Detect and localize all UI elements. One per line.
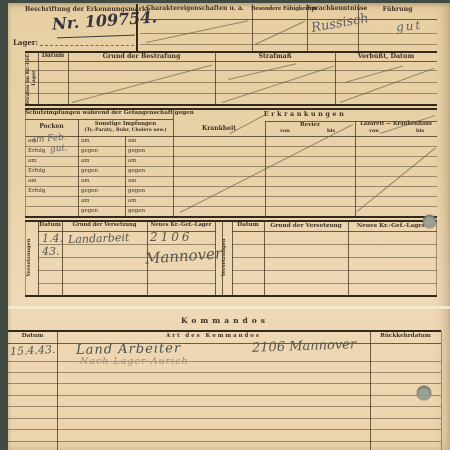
impf-row-label: am [81,198,90,204]
divider [264,220,265,295]
rule [38,244,215,245]
versetz-datum-header-left: Datum [38,222,62,229]
rule [25,93,437,94]
kommando-lager-handwriting: 2106 Mannover [252,338,356,355]
divider [232,220,233,295]
rule [8,429,441,430]
rule [38,283,215,284]
hole-punch [417,386,431,400]
impf-row-label: gegen [81,148,98,154]
lazarett-bis-label: bis [416,129,424,135]
section-border [25,104,437,106]
rule [8,395,441,396]
impf-row-label: gegen [81,188,98,194]
rule [25,61,437,62]
versetz-lager-header-right: Neues Kr.-Gef.-Lager [348,223,434,230]
rule [25,146,437,147]
lager-label: Lager: [13,39,38,47]
divider [355,121,356,216]
impf-row-label: am [81,158,90,164]
kommando-art-handwriting: Land Arbeiter [76,342,181,357]
impf-row-label: gegen [128,208,145,214]
impf-row-label: Erfolg [28,188,45,194]
divider [215,51,216,104]
rule [232,283,437,284]
rule [140,19,437,20]
rule [25,119,173,120]
versetz-grund-header-right: Grund der Versetzung [264,223,348,230]
impf-row-label: gegen [81,208,98,214]
rule [232,244,437,245]
versetzungen-side-label-left: Versetzungen [26,225,37,290]
impf-row-label: gegen [128,168,145,174]
divider [125,136,126,216]
versetz-lager-handwriting: 2106 [150,231,193,243]
strafen-datum-header: Datum [38,53,68,60]
divider [25,220,26,295]
divider [136,4,138,51]
sprachkenntnisse-header: Sprachkenntnisse [307,6,358,13]
kommandos-title: Kommandos [8,317,442,326]
impf-row-label: am [128,178,137,184]
kommandos-datum-header: Datum [8,333,57,340]
rule [38,270,215,271]
strafmass-header: Strafmaß [215,53,335,60]
verbuesst-header: Verbüßt, Datum [335,53,437,60]
rule [25,176,437,177]
divider [348,220,349,295]
divider [441,330,442,450]
impf-row-label: am [128,158,137,164]
revier-von-label: von [280,129,290,135]
impfungen-title: Schutzimpfungen während der Gefangenscha… [25,110,173,116]
divider [370,330,371,450]
section-border [8,330,441,332]
charakter-header: Charaktereigenschaften u. a. [140,6,250,13]
rule [232,257,437,258]
erkrankungen-title: Erkrankungen [173,111,437,118]
divider [38,51,39,104]
rueckkehr-header: Rückkehrdatum [370,333,441,339]
pocken-header: Pocken [25,124,78,131]
impf-erfolg-handwriting: gut. [50,144,69,154]
versetz-datum-header-right: Datum [232,222,264,229]
kommando-datum-handwriting: 15.4.43. [10,344,56,357]
divider [436,220,437,295]
versetz-grund-header-left: Grund der Versetzung [62,223,147,229]
strafen-grund-header: Grund der Bestrafung [68,53,215,60]
lazarett-von-label: von [369,129,379,135]
impf-row-label: am [28,178,37,184]
rule [25,82,437,83]
divider [57,330,58,450]
impf-row-label: am [28,158,37,164]
rule [8,343,441,344]
rule [25,166,437,167]
impf-row-label: gegen [128,148,145,154]
sonstige-header-line2: (Ty.-Paraty., Ruhr, Cholera usw.) [78,128,173,133]
impf-row-label: Erfolg [28,168,45,174]
rule [25,70,437,71]
impf-row-label: am [81,178,90,184]
sonstige-header-line1: Sonstige Impfungen [78,121,173,127]
divider [25,51,26,104]
document-scan: Beschriftung der Erkennungsmarke Nr. 109… [0,0,450,450]
strafen-side-label: Strafen im Kr.-Gef.-Lager [25,47,37,109]
divider [335,51,336,104]
fuehrung-header: Führung [358,6,437,13]
revier-header: Revier [265,122,355,128]
rule [25,156,437,157]
krankheit-header: Krankheit [173,126,265,133]
rule [8,441,441,442]
impf-row-label: am [128,198,137,204]
impf-row-label: gegen [128,188,145,194]
rule [8,372,441,373]
hole-punch [423,215,436,228]
divider [38,220,39,295]
divider [68,51,69,104]
fold-crease [8,306,450,309]
versetz-datum-handwriting: 1.4. [42,233,63,244]
rule [140,44,437,45]
rule [232,231,437,232]
rule [8,418,441,419]
impf-row-label: Erfolg [28,148,45,154]
rule [8,406,441,407]
fuehrung-handwriting: gut [395,19,422,34]
versetz-grund-handwriting: Landarbeit [68,232,130,245]
kommando-note-handwriting: Nach Lager Aurich [80,357,189,367]
impf-row-label: gegen [81,168,98,174]
rule [8,383,441,384]
rule [25,136,437,137]
rule [232,270,437,271]
section-border [25,216,437,218]
rule [25,206,437,207]
versetz-lager-header-left: Neues Kr.-Gef.-Lager [147,223,215,229]
divider [78,119,79,216]
rule [8,361,441,362]
versetz-datum-handwriting: 43. [42,246,60,257]
divider [25,108,26,216]
lager-blank-line [40,45,134,46]
section-border [25,295,437,297]
impf-row-label: am [81,138,90,144]
impf-row-label: am [128,138,137,144]
divider [173,108,174,216]
faehigkeiten-header: Besondere Fähigkeiten [251,6,308,12]
